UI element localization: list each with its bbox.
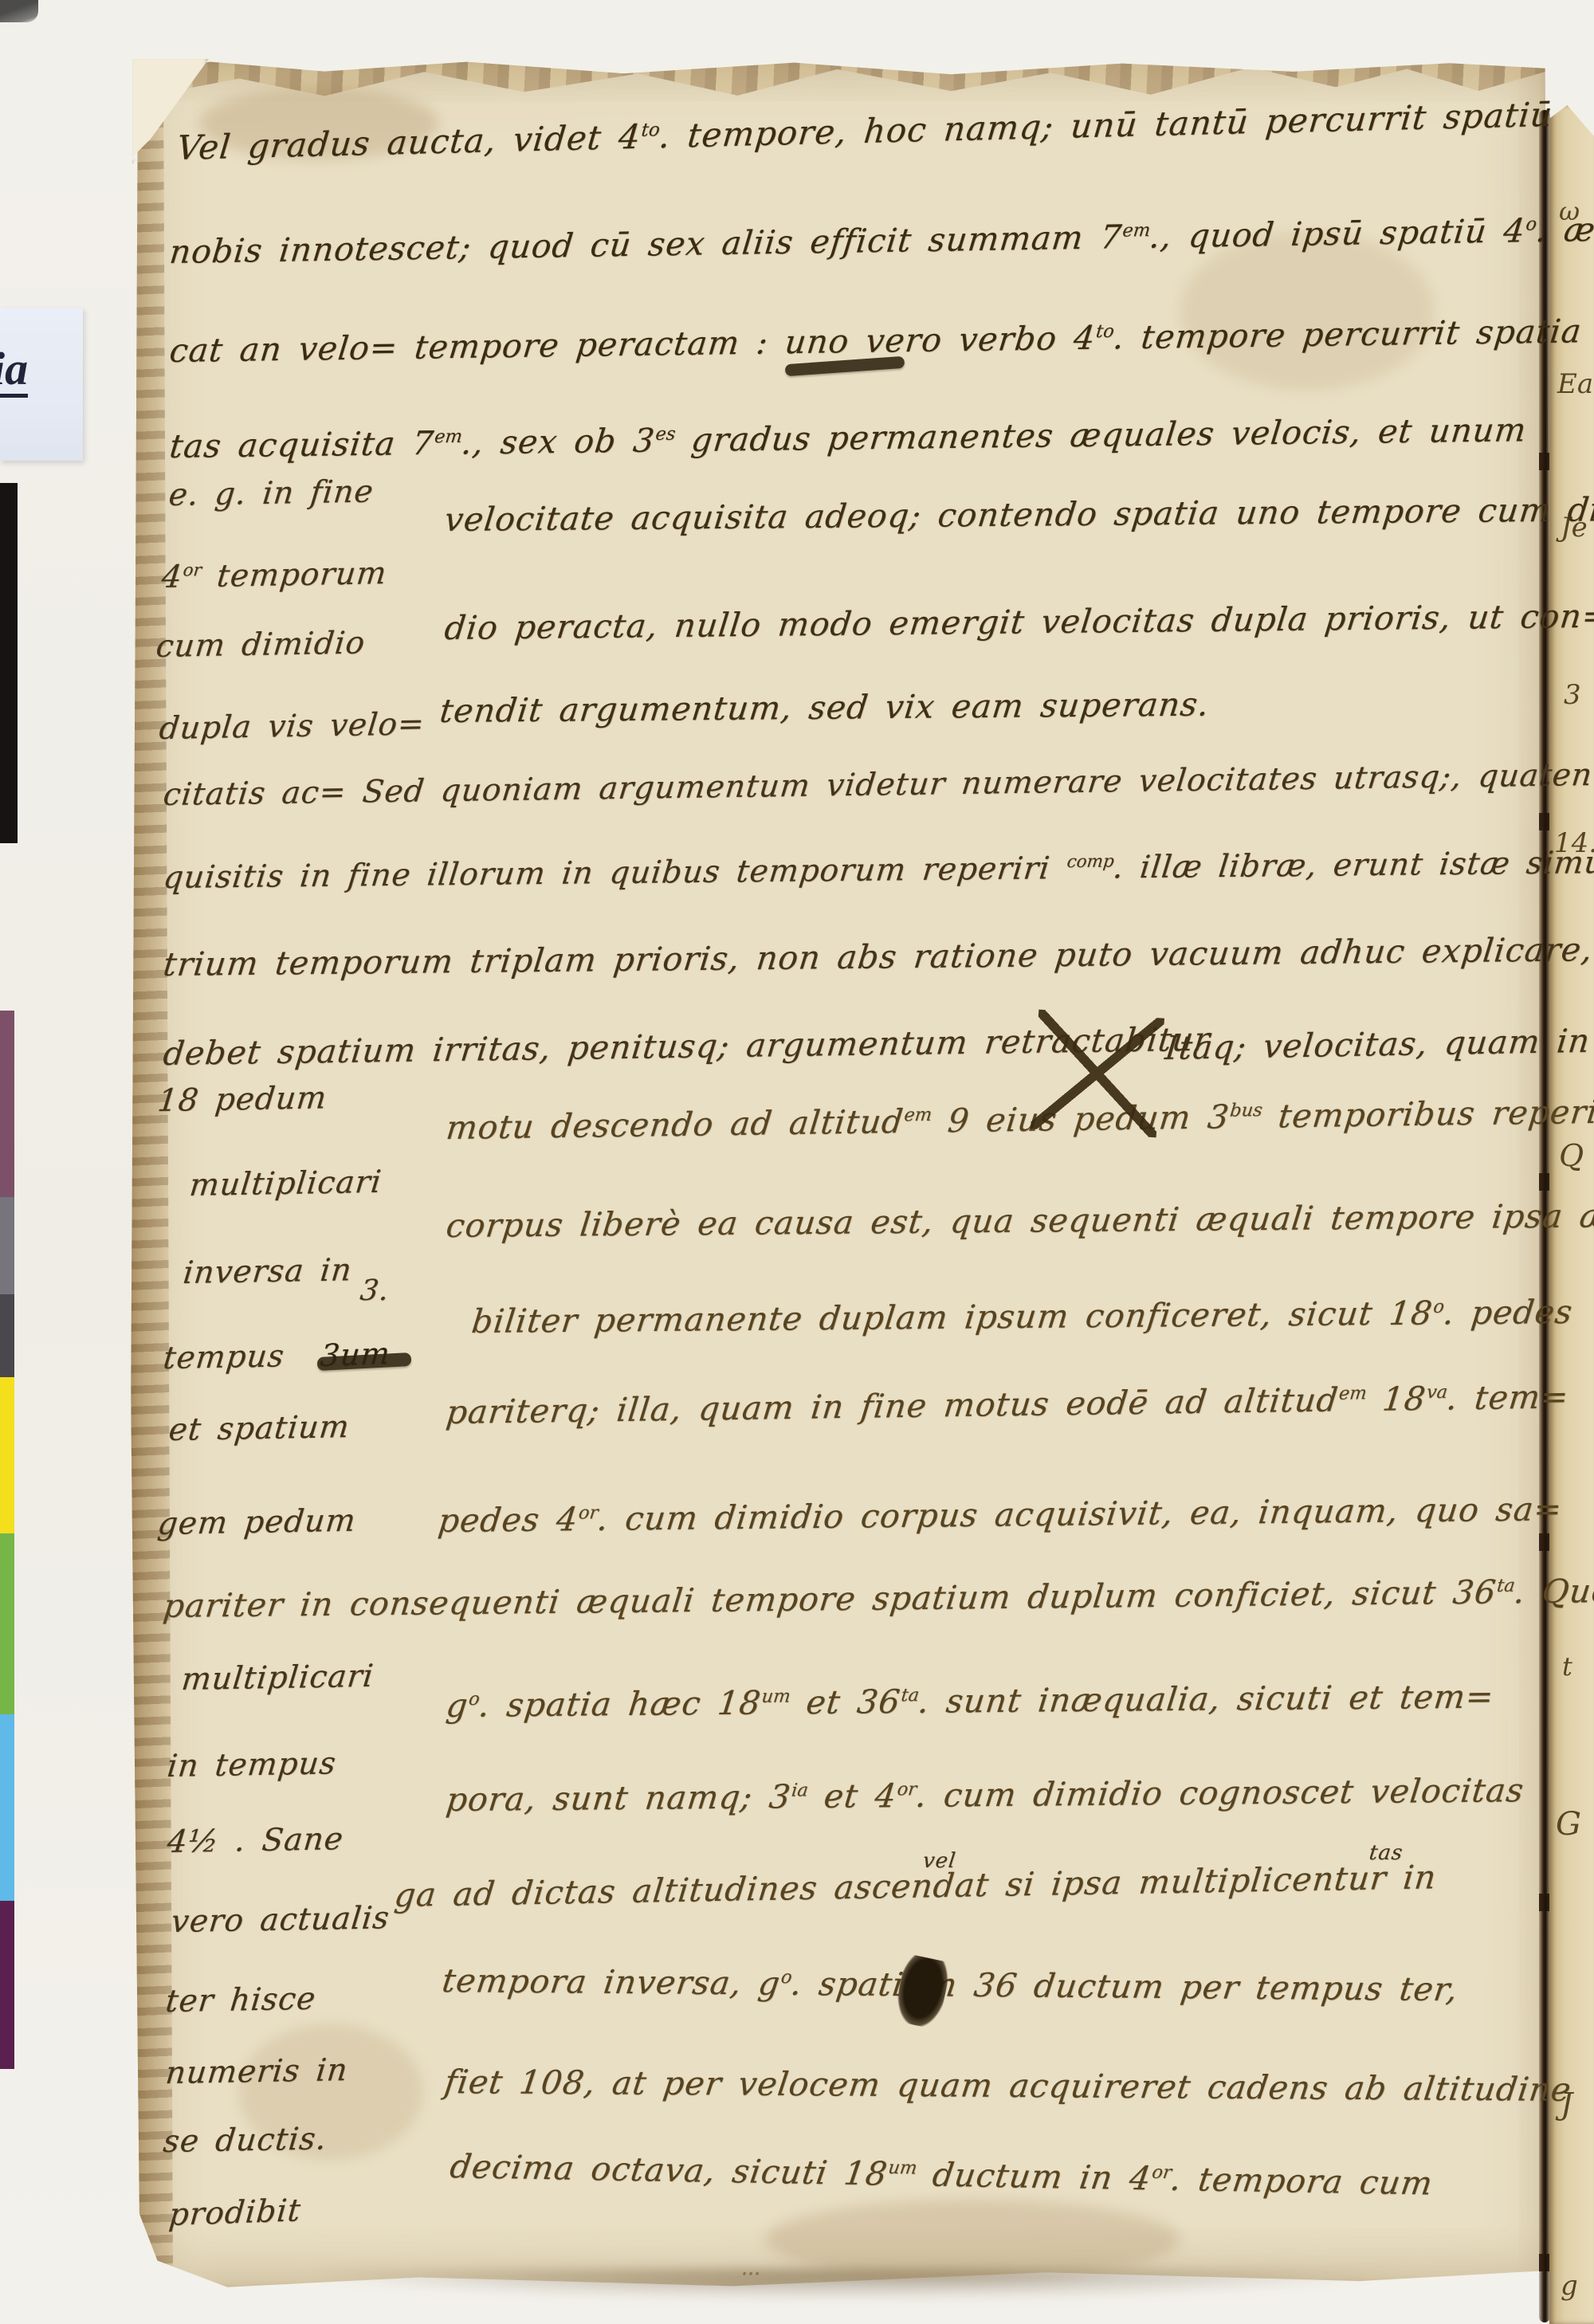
next-page-glyph-fragment: Q xyxy=(1559,1138,1584,1173)
next-page-glyph-fragment: 14. xyxy=(1554,827,1594,859)
interlinear-note: ⋯ xyxy=(739,2263,761,2283)
margin-note: 3. xyxy=(359,1277,391,1305)
next-page-glyph-fragment: g xyxy=(1561,2270,1578,2302)
stain xyxy=(1180,231,1435,391)
manuscript-photograph: ia Vel gradus aucta, videt 4to. tempore,… xyxy=(0,0,1594,2324)
margin-note: et spatium xyxy=(167,1411,351,1446)
calibration-swatch-dark-gray xyxy=(0,1294,14,1377)
calibration-swatch-mauve xyxy=(0,1011,14,1197)
next-page-glyph-fragment: G xyxy=(1556,1806,1581,1843)
manuscript-line: fiet 108, at per velocem quam acquireret… xyxy=(442,2066,1573,2106)
manuscript-line: pora, sunt namq; 3ia et 4or. cum dimidio… xyxy=(445,1774,1526,1816)
manuscript-line: velocitate acquisita adeoq; contendo spa… xyxy=(443,493,1594,536)
next-page-glyph-fragment: Ea xyxy=(1557,368,1593,400)
margin-note: se ductis. xyxy=(162,2123,328,2157)
calibration-swatch-black xyxy=(0,483,18,843)
stain xyxy=(765,2200,1180,2279)
margin-note: multiplicari xyxy=(188,1167,383,1201)
manuscript-line: go. spatia hæc 18um et 36ta. sunt inæqua… xyxy=(445,1681,1496,1723)
next-page-glyph-fragment: J xyxy=(1561,2086,1572,2122)
margin-note: multiplicari xyxy=(180,1661,375,1695)
next-page-glyph-fragment: Je xyxy=(1561,512,1588,544)
margin-note: numeris in xyxy=(164,2055,349,2089)
margin-note: vero actualis xyxy=(170,1902,391,1937)
margin-note: 18 pedum xyxy=(156,1082,328,1117)
calibration-swatch-plum xyxy=(0,1901,14,2069)
calibration-swatch-yellow xyxy=(0,1377,14,1533)
calibration-swatch-gray xyxy=(0,1197,14,1294)
margin-note: in tempus xyxy=(166,1748,338,1782)
page-bottom-shadow xyxy=(155,2270,1534,2308)
next-page-glyph-fragment: ω xyxy=(1559,196,1580,226)
margin-note: inversa in xyxy=(182,1254,354,1289)
margin-note: tempus xyxy=(162,1341,286,1374)
margin-note: 4½ . Sane xyxy=(166,1823,345,1858)
spine-label-text: ia xyxy=(0,346,28,398)
top-left-dark-mark xyxy=(0,0,38,22)
x-deletion-mark xyxy=(1031,1010,1164,1138)
margin-note: ter hisce xyxy=(164,1984,317,2017)
spine-label: ia xyxy=(0,308,83,461)
margin-note: cum dimidio xyxy=(155,627,367,662)
next-page-glyph-fragment: 3 xyxy=(1564,679,1581,711)
manuscript-line: Itaq; velocitas, quam in fine xyxy=(1164,1023,1594,1065)
margin-note: dupla vis velo= xyxy=(158,709,426,744)
calibration-swatch-green xyxy=(0,1533,14,1714)
margin-note: 4or temporum xyxy=(160,558,388,593)
margin-note: prodibit xyxy=(167,2195,302,2231)
manuscript-line: tendit argumentum, sed vix eam superans. xyxy=(438,689,1211,728)
next-page-glyph-fragment: t xyxy=(1562,1651,1572,1682)
margin-note: gem pedum xyxy=(156,1505,358,1540)
margin-note: e. g. in fine xyxy=(167,476,375,511)
calibration-swatch-light-blue xyxy=(0,1714,14,1901)
manuscript-line: corpus liberè ea causa est, qua sequenti… xyxy=(445,1199,1594,1242)
manuscript-line: biliter permanente duplam ipsum conficer… xyxy=(470,1296,1575,1338)
